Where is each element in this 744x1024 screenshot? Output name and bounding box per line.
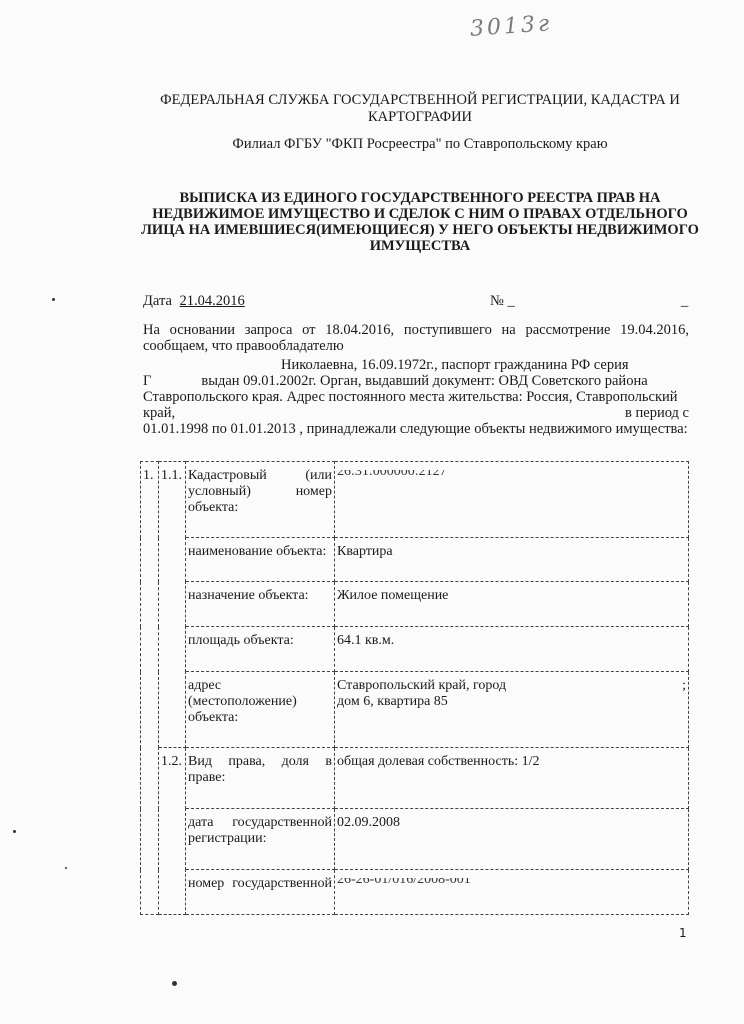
registration-number-value: 26-26-01/016/2008-001 (335, 870, 689, 915)
branch-name: Филиал ФГБУ "ФКП Росреестра" по Ставропо… (120, 136, 720, 153)
table-row: площадь объекта: 64.1 кв.м. (141, 627, 689, 672)
scan-speck (52, 298, 55, 301)
item-number: 1. (141, 462, 159, 915)
table-row: дата государственной регистрации: 02.09.… (141, 809, 689, 870)
holder-line-4-right: в период с (625, 405, 689, 421)
holder-line-2-text: выдан 09.01.2002г. Орган, выдавший докум… (151, 373, 647, 389)
date-value: 21.04.2016 (176, 293, 255, 309)
scan-speck (13, 830, 16, 833)
section-number-1-2: 1.2. (159, 748, 186, 915)
object-name-value: Квартира (335, 538, 689, 582)
number-value: _ (507, 293, 514, 309)
cadastral-number: 26:31:000000:2127 (335, 462, 689, 538)
date-field: Дата 21.04.2016 (143, 293, 255, 310)
property-table: 1. 1.1. Кадастровый (или условный) номер… (140, 461, 689, 915)
holder-line-5: 01.01.1998 по 01.01.2013 , принадлежали … (143, 421, 689, 437)
holder-line-4: край,в период с (143, 405, 689, 421)
object-area-value: 64.1 кв.м. (335, 627, 689, 672)
table-row: наименование объекта: Квартира (141, 538, 689, 582)
row-label: дата государственной регистрации: (186, 809, 335, 870)
holder-paragraph: Николаевна, 16.09.1972г., паспорт гражда… (143, 357, 689, 437)
date-label: Дата (143, 293, 172, 309)
registration-date-value: 02.09.2008 (335, 809, 689, 870)
handwritten-note: 3013г (469, 11, 553, 42)
scan-speck (172, 981, 177, 986)
right-type-value: общая долевая собственность: 1/2 (335, 748, 689, 809)
object-purpose-value: Жилое помещение (335, 582, 689, 627)
holder-line-3: Ставропольского края. Адрес постоянного … (143, 389, 689, 405)
section-number-1-1: 1.1. (159, 462, 186, 748)
number-label: № (490, 293, 504, 309)
object-address-value: Ставропольский край, город; дом 6, кварт… (335, 672, 689, 748)
intro-paragraph: На основании запроса от 18.04.2016, пост… (143, 322, 689, 354)
number-tail: _ (681, 293, 688, 310)
row-label: площадь объекта: (186, 627, 335, 672)
page-number: 1 (679, 926, 687, 940)
document-title: ВЫПИСКА ИЗ ЕДИНОГО ГОСУДАРСТВЕННОГО РЕЕС… (140, 190, 700, 254)
table-row: 1.2. Вид права, доля в праве: общая доле… (141, 748, 689, 809)
row-label: Вид права, доля в праве: (186, 748, 335, 809)
table-row: номер государственной 26-26-01/016/2008-… (141, 870, 689, 915)
row-label: адрес (местоположение) объекта: (186, 672, 335, 748)
row-label: Кадастровый (или условный) номер объекта… (186, 462, 335, 538)
row-label: назначение объекта: (186, 582, 335, 627)
agency-name: ФЕДЕРАЛЬНАЯ СЛУЖБА ГОСУДАРСТВЕННОЙ РЕГИС… (120, 92, 720, 126)
row-label: наименование объекта: (186, 538, 335, 582)
table-row: 1. 1.1. Кадастровый (или условный) номер… (141, 462, 689, 538)
holder-line-2: Гвыдан 09.01.2002г. Орган, выдавший доку… (143, 373, 689, 389)
number-field: № _ (490, 293, 515, 310)
table-row: адрес (местоположение) объекта: Ставропо… (141, 672, 689, 748)
table-row: назначение объекта: Жилое помещение (141, 582, 689, 627)
holder-line-1: Николаевна, 16.09.1972г., паспорт гражда… (143, 357, 689, 373)
scan-speck (65, 867, 67, 869)
row-label: номер государственной (186, 870, 335, 915)
holder-line-4-left: край, (143, 405, 175, 421)
